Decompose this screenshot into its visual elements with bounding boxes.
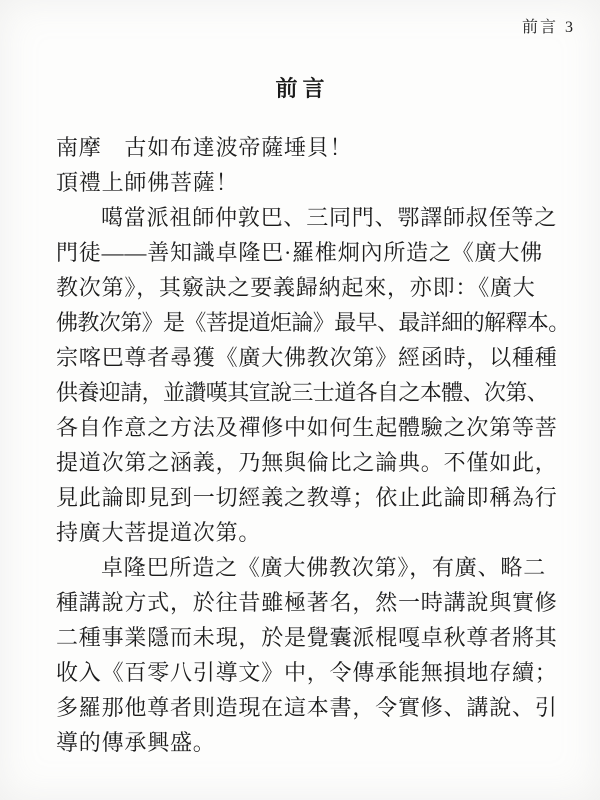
text-line: 南摩 古如布達波帝薩埵貝！ [56,130,556,165]
text-line: 佛教次第》是《菩提道炬論》最早、最詳細的解釋本。 [56,305,556,340]
text-line: 收入《百零八引導文》中，令傳承能無損地存續； [56,655,556,690]
text-line: 教次第》，其竅訣之要義歸納起來，亦即：《廣大 [56,270,556,305]
running-header-section: 前言 [522,19,558,36]
running-header: 前言3 [522,14,573,37]
text-line: 二種事業隱而未現，於是覺囊派棍嘎卓秋尊者將其 [56,620,556,655]
text-line: 見此論即見到一切經義之教導；依止此論即稱為行 [56,480,556,515]
text-line: 供養迎請，並讚嘆其宣說三士道各自之本體、次第、 [56,375,556,410]
text-line: 導的傳承興盛。 [56,725,556,760]
book-page: 前言3 前言 南摩 古如布達波帝薩埵貝！頂禮上師佛菩薩！噶當派祖師仲敦巴、三同門… [0,0,600,800]
text-line: 頂禮上師佛菩薩！ [56,165,556,200]
text-line: 各自作意之方法及禪修中如何生起體驗之次第等菩 [56,410,556,445]
text-body: 南摩 古如布達波帝薩埵貝！頂禮上師佛菩薩！噶當派祖師仲敦巴、三同門、鄂譯師叔侄等… [56,130,556,760]
text-line: 提道次第之涵義，乃無與倫比之論典。不僅如此， [56,445,556,480]
text-line: 種講說方式，於往昔雖極著名，然一時講說與實修 [56,585,556,620]
text-line: 噶當派祖師仲敦巴、三同門、鄂譯師叔侄等之 [56,200,556,235]
page-number: 3 [565,19,573,36]
text-line: 卓隆巴所造之《廣大佛教次第》，有廣、略二 [56,550,556,585]
text-line: 多羅那他尊者則造現在這本書，令實修、講說、引 [56,690,556,725]
text-line: 持廣大菩提道次第。 [56,515,556,550]
page-title: 前言 [0,72,600,103]
text-line: 宗喀巴尊者尋獲《廣大佛教次第》經函時，以種種 [56,340,556,375]
text-line: 門徒——善知識卓隆巴·羅椎炯內所造之《廣大佛 [56,235,556,270]
